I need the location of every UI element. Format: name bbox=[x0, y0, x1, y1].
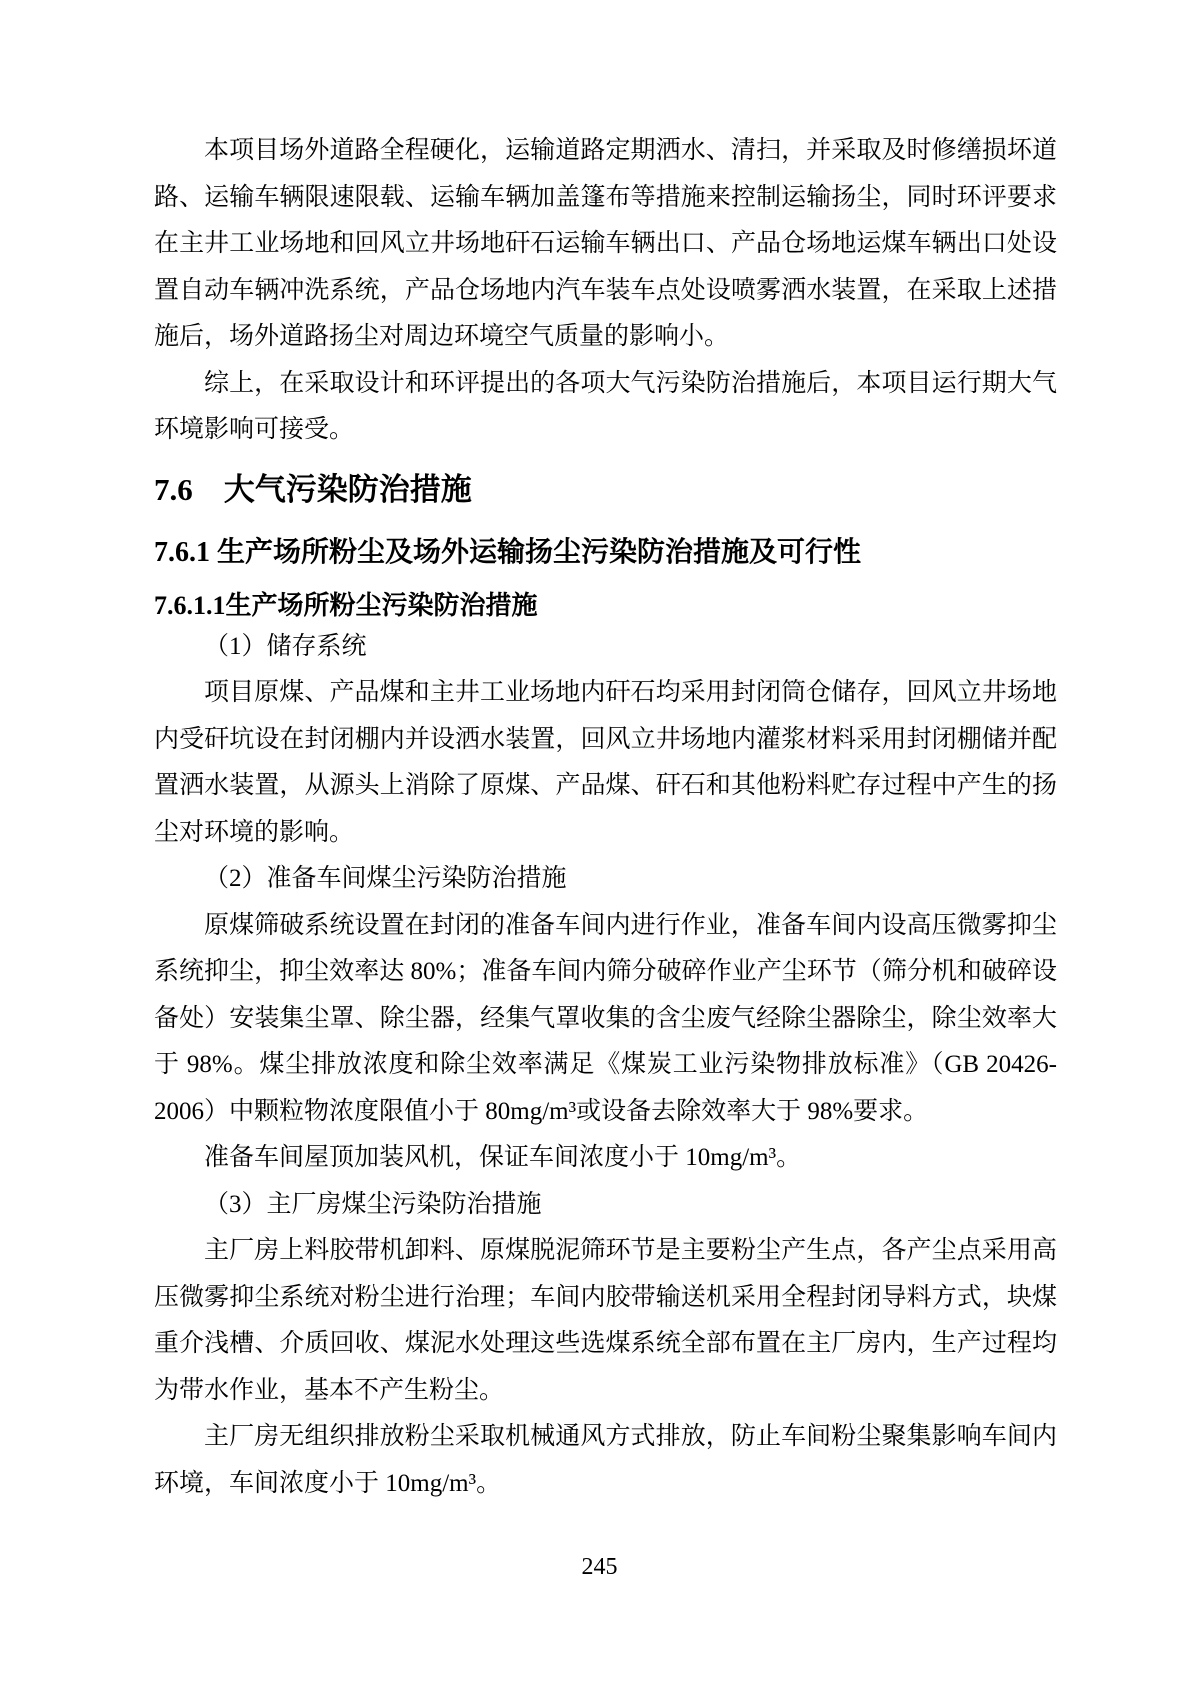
paragraph-main-plant-dust: 主厂房上料胶带机卸料、原煤脱泥筛环节是主要粉尘产生点，各产尘点采用高压微雾抑尘系… bbox=[154, 1228, 1057, 1414]
list-item-2-preparation-workshop: （2）准备车间煤尘污染防治措施 bbox=[154, 856, 1057, 903]
paragraph-main-plant-ventilation: 主厂房无组织排放粉尘采取机械通风方式排放，防止车间粉尘聚集影响车间内环境，车间浓… bbox=[154, 1414, 1057, 1507]
list-item-1-storage-system: （1）储存系统 bbox=[154, 624, 1057, 671]
heading-7-6: 7.6 大气污染防治措施 bbox=[154, 470, 1057, 510]
page-footer: 245 bbox=[0, 1552, 1199, 1582]
paragraph-road-dust-measures: 本项目场外道路全程硬化，运输道路定期洒水、清扫，并采取及时修缮损坏道路、运输车辆… bbox=[154, 128, 1057, 361]
page-number: 245 bbox=[582, 1554, 618, 1580]
list-item-3-main-plant: （3）主厂房煤尘污染防治措施 bbox=[154, 1182, 1057, 1229]
heading-7-6-1: 7.6.1 生产场所粉尘及场外运输扬尘污染防治措施及可行性 bbox=[154, 534, 1057, 572]
paragraph-air-impact-summary: 综上，在采取设计和环评提出的各项大气污染防治措施后，本项目运行期大气环境影响可接… bbox=[154, 361, 1057, 454]
document-body: 本项目场外道路全程硬化，运输道路定期洒水、清扫，并采取及时修缮损坏道路、运输车辆… bbox=[154, 128, 1057, 1507]
paragraph-preparation-workshop: 原煤筛破系统设置在封闭的准备车间内进行作业，准备车间内设高压微雾抑尘系统抑尘，抑… bbox=[154, 903, 1057, 1136]
document-page: 本项目场外道路全程硬化，运输道路定期洒水、清扫，并采取及时修缮损坏道路、运输车辆… bbox=[0, 0, 1199, 1696]
paragraph-roof-fan: 准备车间屋顶加装风机，保证车间浓度小于 10mg/m³。 bbox=[154, 1135, 1057, 1182]
heading-7-6-1-1: 7.6.1.1生产场所粉尘污染防治措施 bbox=[154, 588, 1057, 624]
paragraph-storage-system: 项目原煤、产品煤和主井工业场地内矸石均采用封闭筒仓储存，回风立井场地内受矸坑设在… bbox=[154, 670, 1057, 856]
